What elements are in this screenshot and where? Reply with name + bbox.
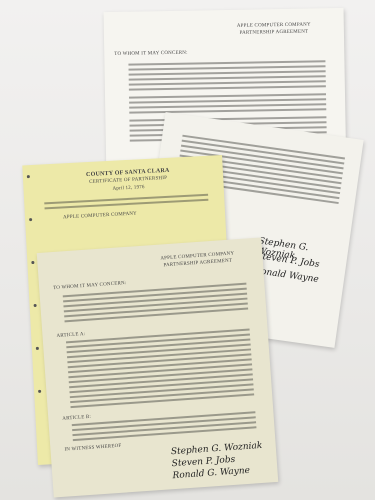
county-company: APPLE COMPUTER COMPANY [45, 211, 155, 222]
doc-subheader: PARTNERSHIP AGREEMENT [224, 29, 324, 36]
document-partnership-agreement: APPLE COMPUTER COMPANY PARTNERSHIP AGREE… [37, 237, 279, 497]
witness-clause: IN WITNESS WHEREOF [64, 444, 121, 453]
agreement-greeting: TO WHOM IT MAY CONCERN: [53, 281, 127, 291]
text-block [62, 283, 248, 326]
article-b: ARTICLE B: [62, 415, 91, 422]
text-block [44, 194, 208, 213]
text-block [65, 328, 254, 411]
doc-greeting: TO WHOM IT MAY CONCERN: [114, 51, 187, 57]
text-block [71, 411, 256, 444]
signature-wozniak: Stephen G. Wozniak [171, 441, 263, 457]
article-a: ARTICLE A: [56, 332, 85, 339]
doc-header: APPLE COMPUTER COMPANY [224, 22, 324, 29]
